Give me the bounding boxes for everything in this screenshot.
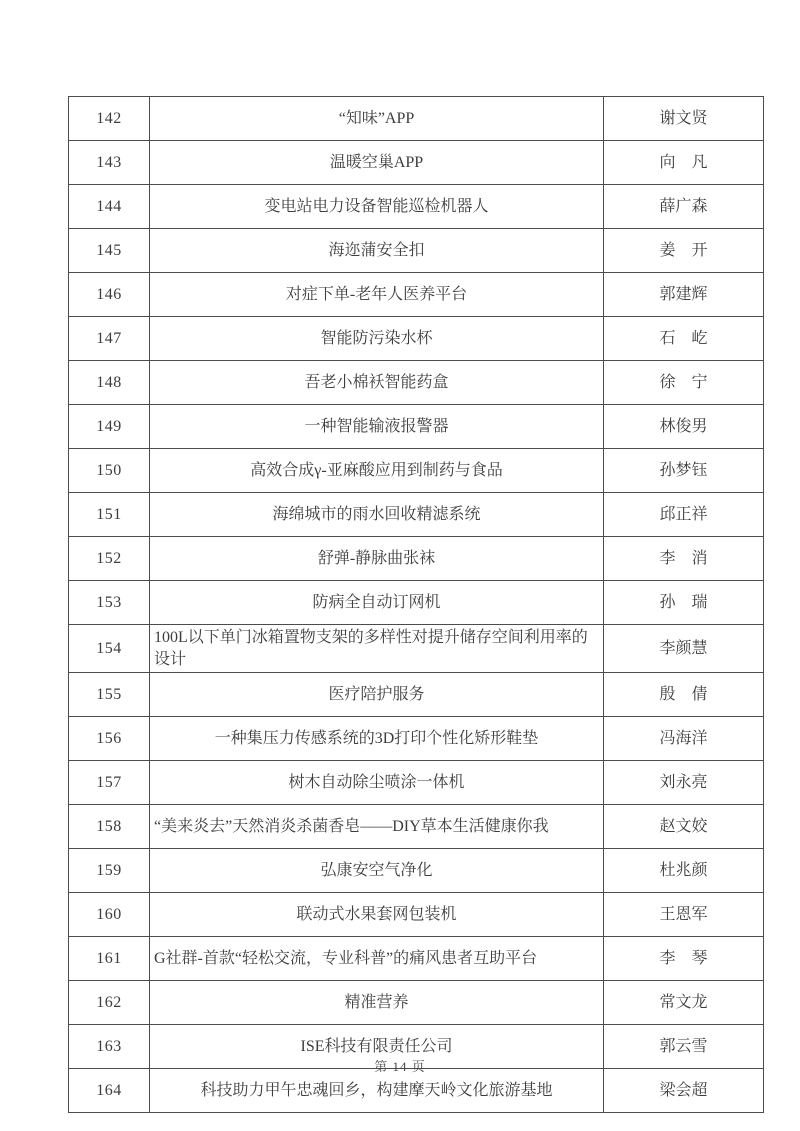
project-title: 吾老小棉袄智能药盒 xyxy=(150,361,604,405)
author-name: 梁会超 xyxy=(604,1069,764,1113)
author-name: 冯海洋 xyxy=(604,717,764,761)
project-title: 树木自动除尘喷涂一体机 xyxy=(150,761,604,805)
author-name: 李 琴 xyxy=(604,937,764,981)
project-title: 变电站电力设备智能巡检机器人 xyxy=(150,185,604,229)
project-title: 精准营养 xyxy=(150,981,604,1025)
author-name: 杜兆颜 xyxy=(604,849,764,893)
row-number: 146 xyxy=(69,273,150,317)
row-number: 157 xyxy=(69,761,150,805)
table-row: 143 温暖空巢APP 向 凡 xyxy=(69,141,764,185)
project-title: “美来炎去”天然消炎杀菌香皂——DIY草本生活健康你我 xyxy=(150,805,604,849)
project-title: 弘康安空气净化 xyxy=(150,849,604,893)
row-number: 151 xyxy=(69,493,150,537)
row-number: 159 xyxy=(69,849,150,893)
author-name: 殷 倩 xyxy=(604,673,764,717)
row-number: 143 xyxy=(69,141,150,185)
row-number: 144 xyxy=(69,185,150,229)
row-number: 164 xyxy=(69,1069,150,1113)
project-title: G社群-首款“轻松交流，专业科普”的痛风患者互助平台 xyxy=(150,937,604,981)
author-name: 郭建辉 xyxy=(604,273,764,317)
project-title: 温暖空巢APP xyxy=(150,141,604,185)
table-row: 149 一种智能输液报警器 林俊男 xyxy=(69,405,764,449)
table-row: 156 一种集压力传感系统的3D打印个性化矫形鞋垫 冯海洋 xyxy=(69,717,764,761)
row-number: 149 xyxy=(69,405,150,449)
author-name: 谢文贤 xyxy=(604,97,764,141)
row-number: 155 xyxy=(69,673,150,717)
author-name: 邱正祥 xyxy=(604,493,764,537)
project-title: 对症下单-老年人医养平台 xyxy=(150,273,604,317)
project-title: 科技助力甲午忠魂回乡，构建摩天岭文化旅游基地 xyxy=(150,1069,604,1113)
table-row: 151 海绵城市的雨水回收精滤系统 邱正祥 xyxy=(69,493,764,537)
table-row: 161 G社群-首款“轻松交流，专业科普”的痛风患者互助平台 李 琴 xyxy=(69,937,764,981)
author-name: 孙梦钰 xyxy=(604,449,764,493)
author-name: 姜 开 xyxy=(604,229,764,273)
author-name: 石 屹 xyxy=(604,317,764,361)
project-title: 舒弹-静脉曲张袜 xyxy=(150,537,604,581)
project-title: “知味”APP xyxy=(150,97,604,141)
table-row: 162 精准营养 常文龙 xyxy=(69,981,764,1025)
author-name: 李 消 xyxy=(604,537,764,581)
project-title: 医疗陪护服务 xyxy=(150,673,604,717)
table-row: 158 “美来炎去”天然消炎杀菌香皂——DIY草本生活健康你我 赵文姣 xyxy=(69,805,764,849)
row-number: 147 xyxy=(69,317,150,361)
row-number: 154 xyxy=(69,625,150,673)
projects-table-body: 142 “知味”APP 谢文贤 143 温暖空巢APP 向 凡 144 变电站电… xyxy=(69,97,764,1113)
row-number: 160 xyxy=(69,893,150,937)
author-name: 向 凡 xyxy=(604,141,764,185)
table-row: 164 科技助力甲午忠魂回乡，构建摩天岭文化旅游基地 梁会超 xyxy=(69,1069,764,1113)
author-name: 薛广森 xyxy=(604,185,764,229)
row-number: 142 xyxy=(69,97,150,141)
author-name: 王恩军 xyxy=(604,893,764,937)
table-row: 155 医疗陪护服务 殷 倩 xyxy=(69,673,764,717)
author-name: 常文龙 xyxy=(604,981,764,1025)
project-title: 一种集压力传感系统的3D打印个性化矫形鞋垫 xyxy=(150,717,604,761)
project-title: 100L以下单门冰箱置物支架的多样性对提升储存空间利用率的设计 xyxy=(150,625,604,673)
author-name: 李颜慧 xyxy=(604,625,764,673)
table-row: 142 “知味”APP 谢文贤 xyxy=(69,97,764,141)
author-name: 刘永亮 xyxy=(604,761,764,805)
table-row: 154 100L以下单门冰箱置物支架的多样性对提升储存空间利用率的设计 李颜慧 xyxy=(69,625,764,673)
table-row: 148 吾老小棉袄智能药盒 徐 宁 xyxy=(69,361,764,405)
table-row: 146 对症下单-老年人医养平台 郭建辉 xyxy=(69,273,764,317)
table-row: 153 防病全自动订网机 孙 瑞 xyxy=(69,581,764,625)
table-row: 147 智能防污染水杯 石 屹 xyxy=(69,317,764,361)
row-number: 156 xyxy=(69,717,150,761)
project-title: 一种智能输液报警器 xyxy=(150,405,604,449)
row-number: 150 xyxy=(69,449,150,493)
author-name: 孙 瑞 xyxy=(604,581,764,625)
project-title: 智能防污染水杯 xyxy=(150,317,604,361)
author-name: 赵文姣 xyxy=(604,805,764,849)
row-number: 161 xyxy=(69,937,150,981)
document-page: 142 “知味”APP 谢文贤 143 温暖空巢APP 向 凡 144 变电站电… xyxy=(0,0,800,1131)
author-name: 徐 宁 xyxy=(604,361,764,405)
row-number: 153 xyxy=(69,581,150,625)
table-row: 160 联动式水果套网包装机 王恩军 xyxy=(69,893,764,937)
project-title: 海绵城市的雨水回收精滤系统 xyxy=(150,493,604,537)
row-number: 158 xyxy=(69,805,150,849)
author-name: 林俊男 xyxy=(604,405,764,449)
row-number: 148 xyxy=(69,361,150,405)
page-number-footer: 第 14 页 xyxy=(0,1056,800,1075)
project-title: 高效合成γ-亚麻酸应用到制药与食品 xyxy=(150,449,604,493)
project-title: 防病全自动订网机 xyxy=(150,581,604,625)
table-row: 150 高效合成γ-亚麻酸应用到制药与食品 孙梦钰 xyxy=(69,449,764,493)
row-number: 145 xyxy=(69,229,150,273)
table-row: 152 舒弹-静脉曲张袜 李 消 xyxy=(69,537,764,581)
row-number: 162 xyxy=(69,981,150,1025)
projects-table: 142 “知味”APP 谢文贤 143 温暖空巢APP 向 凡 144 变电站电… xyxy=(68,96,764,1113)
table-row: 145 海迩蒲安全扣 姜 开 xyxy=(69,229,764,273)
project-title: 联动式水果套网包装机 xyxy=(150,893,604,937)
table-row: 144 变电站电力设备智能巡检机器人 薛广森 xyxy=(69,185,764,229)
table-row: 157 树木自动除尘喷涂一体机 刘永亮 xyxy=(69,761,764,805)
project-title: 海迩蒲安全扣 xyxy=(150,229,604,273)
table-row: 159 弘康安空气净化 杜兆颜 xyxy=(69,849,764,893)
row-number: 152 xyxy=(69,537,150,581)
